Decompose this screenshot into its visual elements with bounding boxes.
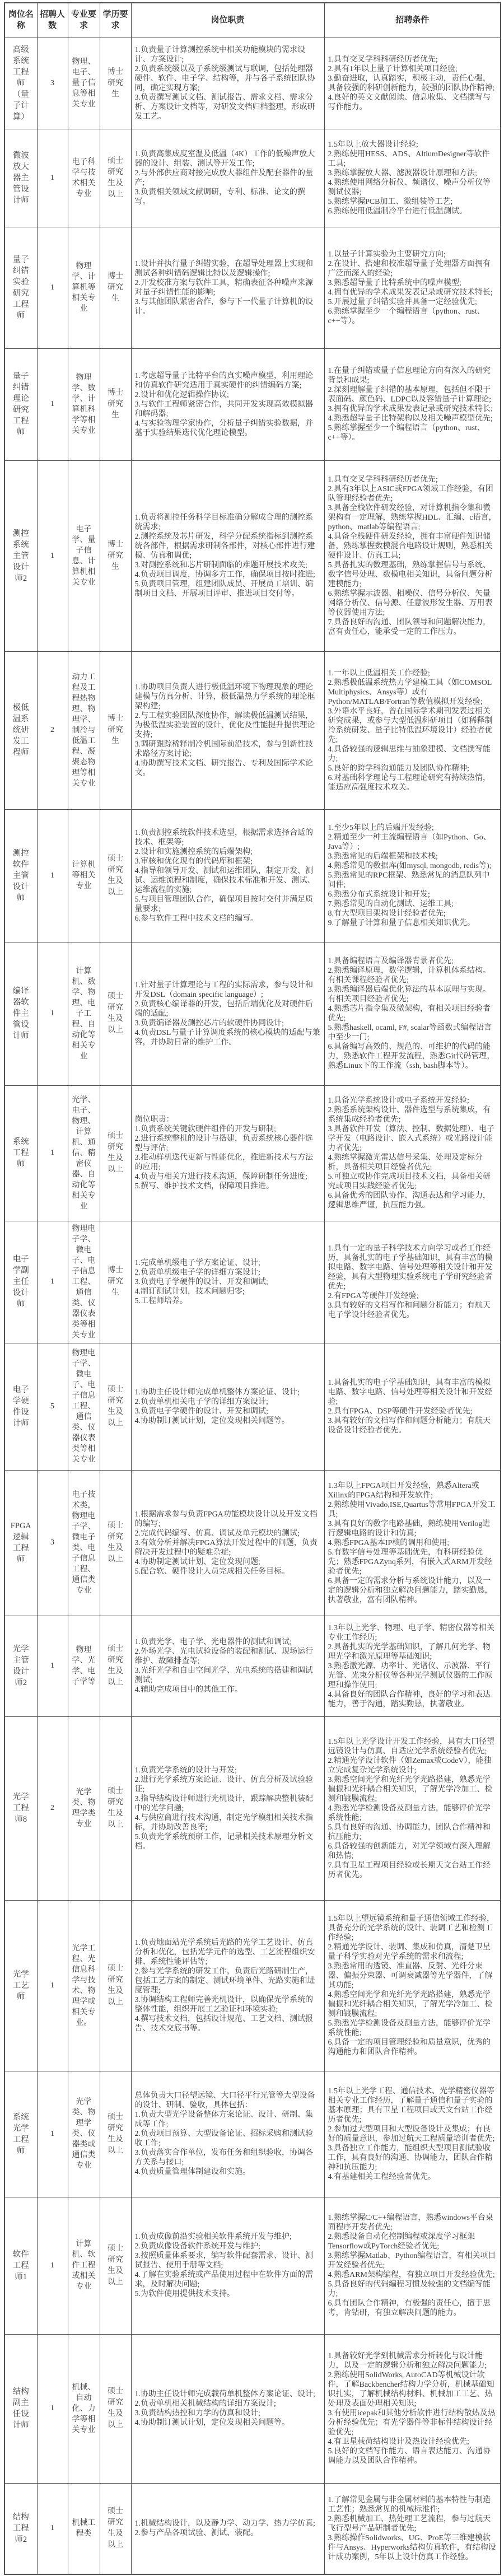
requirement-line: 1.了解常见金属与非金属材料的基本特性与制造工艺性；熟悉常见的机械标准件; [328,2495,497,2514]
duty-line: 4.协助制定测试计划、定位发现问题; [135,1557,321,1567]
requirement-line: 4.良好的英文文献阅读、信息收集、文档撰写与写作能力。 [328,93,497,112]
duty-line: 2.开发校准方案与软件工具，精确表征各种噪声来源对量子纠错性能的影响; [135,278,321,297]
duty-line: 3.负责电子学硬件的设计、开发和调试; [135,1277,321,1287]
requirement-line: 3.熟悉空间光学和光纤光学光路搭建，熟悉光学偏振和光纤耦合相关知识，了解光学冷加… [328,1775,497,1804]
table-row: 光学工艺师1光学工程、光信息科学与技术、物理学或相关专业。硕士研究生及以上1.负… [4,1900,501,2071]
duty-line: 6.参与软件工程中技术文档的编写。 [135,914,321,923]
requirement-line: 4.熟悉光学检测设备及测量方法，能够评价光学系统性能; [328,1804,497,1823]
duties-cell: 1.根据需求参与负责FPGA功能模块设计以及开发文档的编写;2.完成代码编写、仿… [131,1470,324,1616]
major-requirement-cell: 物理学、计算机等相关专业 [68,227,100,348]
duty-line: 4.负责质量管理体制建设和实施。 [135,2167,321,2177]
position-name-cell: 结构工程师2 [4,2483,37,2574]
requirement-line: 3.拥有优异的学术成果发表记录或研究技术特长; [328,404,497,414]
duty-line: 5.配合软、硬件设计人员完成相关任务目标。 [135,1567,321,1576]
duties-cell: 1.负责成像前沿实验相关软件系统开发与维护;2.负责成像设备软件系统开发与维护;… [131,2197,324,2334]
position-name-cell: 软件工程师1 [4,2197,37,2334]
duty-line: 4.辅助完成项目中的其他工作。 [135,1685,321,1695]
requirement-line: 1.至少5年以上的后端开发经验; [328,823,497,833]
position-name-cell: 光学主管设计师2 [4,1616,37,1716]
duty-line: 2.测控系统及芯片研发，科学分配系统指标到测控系统各部件，根据需求研制各部件，对… [135,532,321,561]
requirements-cell: 1.具有交叉学科科研经历者优先;2.具有3年以上ASIC或FPGA领域工作经验，… [324,460,501,651]
duty-line: 3.对测控系统和芯片研制面临的难题开展技术攻关; [135,561,321,570]
requirement-line: 1.3年以上光学、物理、电子学、精密仪器等相关专业工作经历; [328,1623,497,1642]
table-row: 量子纠错理论研究工程师1物理学、数学、计算机科学等相关专业博士研究生1.考虑超导… [4,348,501,460]
requirement-line: 3.熟练操作Solidworks、UG、ProE等三维建模软件与Ansys、Hy… [328,2533,497,2562]
duty-line: 3.负责结构热控和力学的仿真和设计; [135,2409,321,2418]
requirement-line: 4.熟悉ARM架构编程，有独立项目开发经验优先; [328,2270,497,2280]
education-requirement-cell: 博士研究生 [100,348,131,460]
duty-line: 2.负责核心编译器的开发，包括后端优化及对硬件后端的适配; [135,1000,321,1019]
requirement-line: 4.熟悉超导量子比特架构以及相关噪声模型优先; [328,414,497,423]
major-requirement-cell: 光学类、物理学类、仪器类或通信类专业 [68,2071,100,2197]
requirement-line: 6.具备较强的创新能力，对光学领域有深入理解和热情; [328,1842,497,1861]
requirements-cell: 1.3年以上FPGA项目开发经验，熟悉Altera或Xilinx的FPGA结构和… [324,1470,501,1616]
major-requirement-cell: 计算机等相关专业 [68,809,100,942]
requirement-line: 2.参加过大型项目和大型设备设计及集成；有良好的质量意识，参加过航天工程质量培训… [328,2125,497,2144]
requirement-line: 4.熟悉FPGA基本IP核的调用和使用; [328,1538,497,1548]
duties-cell: 1.负责将测控任务科学目标准确分解成合理的测控系统需求;2.测控系统及芯片研发，… [131,460,324,651]
requirement-line: 8.有大型项目架构设计经验者优先; [328,909,497,918]
duty-line: 1.根据需求参与负责FPGA功能模块设计以及开发文档的编写; [135,1510,321,1529]
requirement-line: 4.熟练掌握激光雷达信号采集、处理及定标分析，具备相关项目经验者优先; [328,1153,497,1172]
requirements-cell: 1.具备编程语言及编译器背景者优先;2.熟悉编译原理，数学逻辑，计算机体系结构。… [324,942,501,1085]
table-row: 极低温系统研发工程师2动力工程及工程热物理、物理学、制冷与低温工程、凝聚态物理等… [4,651,501,809]
education-requirement-cell: 硕士研究生及以上 [100,129,131,227]
position-name-cell: 测控软件主管设计师 [4,809,37,942]
requirement-line: 1.具有一定的量子科学技术方向学习或者工作经历，具备扎实的电子学基础知识，具有丰… [328,1244,497,1291]
duty-line: 3.协调结构工程师完善光机设计，以确保光学系统的整体性能，组织开展工艺验证和环境… [135,1995,321,2014]
requirement-line: 6.具备优秀的团队协作、沟通表达和学习能力，逻辑思维严谨，抗压能力强。 [328,1191,497,1210]
duty-line: 1.针对量子计算理论与工程的实际需求，参与设计和开发DSL（domain spe… [135,981,321,1000]
header-duties: 岗位职责 [131,3,324,38]
requirements-cell: 1.5年以上光学工程、通信技术、光学精密仪器等相关专业工作经历，了解量子通信和量… [324,2071,501,2197]
duty-line: 3.负责电子学硬件的设计、开发和调试; [135,1407,321,1416]
duty-line: 2.与工程实验团队深度协作，解读极低温测试结果，为极低温实验装置的设计、优化及性… [135,711,321,740]
position-name-cell: 系统工程师 [4,1085,37,1221]
requirements-cell: 1.具备较好光学到机械需求分析转化与设计能力，以及一定的逻辑分析和独立解决问题能… [324,2334,501,2483]
major-requirement-cell: 机械工程类 [68,2483,100,2574]
requirement-line: 1.5年以上光学工程、通信技术、光学精密仪器等相关专业工作经历，了解量子通信和量… [328,2087,497,2125]
header-education-requirement: 学历要求 [100,3,131,38]
duty-line: 2.负责系统级以及子系统级测试与联调，包括处理器硬件、软件、电子学、结构等，并与… [135,64,321,93]
requirement-line: 1.5年以上放大器设计经验; [328,140,497,150]
duty-line: 2.负责项目预算、大型设备论证、招标采购和测试验收工作; [135,2129,321,2148]
position-name-cell: 电子学副主任设计师 [4,1221,37,1343]
duty-line: 2.参与产品各项试验、测试、装配。 [135,2528,321,2538]
requirement-line: 4.有基建相关工程经验者优先。 [328,2172,497,2182]
requirements-cell: 1.了解常见金属与非金属材料的基本特性与制造工艺性；熟悉常见的机械标准件;2.熟… [324,2483,501,2574]
requirement-line: 1.具备光学系统设计或电子系统开发经验; [328,1096,497,1105]
headcount-cell: 3 [37,1470,68,1616]
education-requirement-cell: 硕士研究生及以上 [100,809,131,942]
requirement-line: 7.熟悉常见的自动化测试、运维工具; [328,899,497,909]
duty-line: 2.参与光学系统的研发工作，负责后光路研制生产，包括工艺方案的制定、测试环境单件… [135,1967,321,1995]
position-name-cell: 系统光学工程师 [4,2071,37,2197]
requirement-line: 5.开展过量子纠错实验并具备一定经验优先; [328,297,497,307]
position-name-cell: 量子纠错实验研究工程师 [4,227,37,348]
duty-line: 2.与外部供应商对接完成放大器组件及配套器件的量产; [135,169,321,188]
requirements-cell: 1.具有一定的量子科学技术方向学习或者工作经历，具备扎实的电子学基础知识，具有丰… [324,1221,501,1343]
duty-line: 4.协助制订测试计划，定位发现相关问题等。 [135,2418,321,2428]
major-requirement-cell: 物理学、光学、电子学等 [68,1616,100,1716]
table-body: 高级系统工程师（量子计算）3物理、电子、量子信息等相关专业博士研究生1.负责量子… [4,38,501,2574]
table-row: 测控系统主管设计师21电子学、量子信息、计算机相关专业博士研究生1.负责将测控任… [4,460,501,651]
position-name-cell: 光学工艺师 [4,1900,37,2071]
duty-line: 2.负责成像设备软件系统开发与维护; [135,2242,321,2251]
requirement-line: 4.具备全栈硬件研发经验，拥有丰富硬件知识储备，熟练掌握数模混合电路设计规则，熟… [328,532,497,561]
duty-line: 1.负责系统关键软硬件组件的开发与研制; [135,1124,321,1134]
major-requirement-cell: 机械、自动化、力学等相关专业 [68,2334,100,2483]
duty-line: 4.协助撰写技术文档、研究报告、专利及国际学术论文。 [135,759,321,778]
education-requirement-cell: 博士研究生 [100,460,131,651]
headcount-cell: 2 [37,1716,68,1900]
requirement-line: 2.熟悉机械加工、热处理工艺流程，参与过航天飞行型号产品研制者优先; [328,2514,497,2533]
requirement-line: 2.精通光学设计、装调、集成和仿真，清楚卫星量子科学实验对光学系统的需求和流程; [328,1943,497,1962]
major-requirement-cell: 物理电子学、微电子、电子信息工程、通信类、仪器仪表类等相关专业 [68,1221,100,1343]
duty-line: 4.与实验物理学家协作，分析量子纠错实验数据，并基于实验结果迭代优化理论模型。 [135,419,321,438]
duty-line: 2.进行系统整机的设计与搭建，负责系统核心器件选型与评估; [135,1134,321,1153]
requirement-line: 4.具备良好的团队合作精神，良好的学习和表达能力，善于沟通，踏实勤恳，执著敬业。 [328,1690,497,1709]
education-requirement-cell: 硕士研究生及以上 [100,1343,131,1470]
requirements-cell: 1.至少5年以上的后端开发经验;2.精通至少一种主流编程语言（如Python、G… [324,809,501,942]
requirement-line: 4.具备较强的逻辑思维与抽象建模、文档撰写能力; [328,745,497,764]
requirement-line: 3.外语水平良好，曾在国际学术期刊发表过相关研究成果，或参与大型低温科研项目（如… [328,707,497,745]
requirement-line: 2.熟练使用HESS、ADS、AltiumDesigner等软件工具; [328,150,497,169]
requirement-line: 7.具有卫星工程项目经验或长期天文台站工作经历者优先。 [328,1861,497,1880]
position-name-cell: 结构副主任设计师 [4,2334,37,2483]
requirement-line: 3.熟悉编译器后端优化算法的基本原理与实现。有相关项目经验者优先; [328,985,497,1004]
education-requirement-cell: 硕士研究生及以上 [100,942,131,1085]
requirement-line: 5.具备良好的代码编程习惯及较强的文档编写能力; [328,2280,497,2299]
header-major-requirement: 专业要求 [68,3,100,38]
requirement-line: 1.5年以上望远镜系统和量子通信领域工作经验，具备充分的光学系统的设计、装调工艺… [328,1914,497,1943]
major-requirement-cell: 电子科学与技术相关专业 [68,129,100,227]
major-requirement-cell: 物理、电子、量子信息等相关专业 [68,38,100,129]
requirement-line: 6.熟悉分布式系统设计和开发; [328,890,497,899]
education-requirement-cell: 硕士研究生及以上 [100,1616,131,1716]
requirement-line: 2.熟悉编译原理，数学逻辑，计算机体系结构。有相关课程经验者优先; [328,966,497,985]
duties-cell: 1.针对量子计算理论与工程的实际需求，参与设计和开发DSL（domain spe… [131,942,324,1085]
duty-line: 1.负责量子计算测控系统中相关功能模块的需求设计、方案设计; [135,45,321,64]
table-row: 结构副主任设计师1机械、自动化、力学等相关专业硕士研究生及以上1.协助主任设计师… [4,2334,501,2483]
duty-line: 2.外场光学、光电试验设备的装配和测试、现场运行维护、故障排查等; [135,1647,321,1666]
table-row: 电子学副主任设计师1物理电子学、微电子、电子信息工程、通信类、仪器仪表类等相关专… [4,1221,501,1343]
header-position-name: 岗位名称 [4,3,37,38]
requirements-cell: 1.5年以上放大器设计经验;2.熟练使用HESS、ADS、AltiumDesig… [324,129,501,227]
requirement-line: 2.精通光学设计软件（如Zemax或CodeV），能独立完成复杂光学系统设计; [328,1756,497,1775]
headcount-cell: 1 [37,942,68,1085]
duty-line: 1.协助主任设计师完成载荷单机整体方案论证、设计; [135,2390,321,2399]
duties-cell: 1.负责光学系统的设计与开发;2.进行光学系统方案论证、设计、仿真分析及试验验证… [131,1716,324,1900]
table-row: 结构工程师21机械工程类硕士研究生及以上1.机械结构设计，以及静力学、动力学、热… [4,2483,501,2574]
duty-line: 1.负责高集成度室温及低温（4K）工作的低噪声放大器的设计、组装、测试等开发工作… [135,150,321,169]
requirement-line: 5.熟悉常见的RPC框架、熟悉常见的消息队列中间件; [328,871,497,890]
duty-line: 3.有效分析并解决FPGA算法开发过程中的问题，负责解决开发过程中的疑难杂症; [135,1538,321,1557]
education-requirement-cell: 博士研究生 [100,1221,131,1343]
duty-line: 3.按照质量体系要求，编写软件配套需求、设计、测试报告、使用手册等文档; [135,2251,321,2270]
requirement-line: 6.具有团队合作精神，有极强的责任心，擅于思考，肯钻研，有独立解决问题的能力。 [328,2299,497,2318]
headcount-cell: 1 [37,460,68,651]
duty-line: 1.负责成像前沿实验相关软件系统开发与维护; [135,2232,321,2242]
duty-line: 1.考虑超导量子比特平台的真实噪声模型，利用理论和仿真软件研究适用于真实硬件的纠… [135,371,321,390]
requirement-line: 6.具备一定的项目管理经验和质量意识，优秀的沟通能力和团队合作精神。 [328,2038,497,2057]
table-row: 微波放大器主管设计师1电子科学与技术相关专业硕士研究生及以上1.负责高集成度室温… [4,129,501,227]
table-row: 电子学硬件设计师5物理电子学、微电子、电子信息工程、通信类、仪器仪表类等相关专业… [4,1343,501,1470]
requirement-line: 5.熟练掌握至少一个编程语言（python、rust、c++等）。 [328,423,497,442]
duty-line: 3.与其他团队紧密合作，参与下一代量子计算机的设计。 [135,297,321,316]
requirements-cell: 1.具备光学系统设计或电子系统开发经验;2.熟悉系统架构设计、器件选型与系统集成… [324,1085,501,1221]
requirement-line: 5.熟悉光学检测设备及测量方法，能够评价光学系统性能; [328,2019,497,2038]
duty-line: 5.为软件使用提供技术支持。 [135,2289,321,2299]
duties-cell: 1.负责地面站光学系统后光路的光学工艺设计、仿真分析和优化，包括光学元件的选型、… [131,1900,324,2071]
duty-line: 3.推动样机迭代更新与性能优化，推进新技术与方法的应用; [135,1153,321,1172]
position-name-cell: 测控系统主管设计师2 [4,460,37,651]
table-row: 高级系统工程师（量子计算）3物理、电子、量子信息等相关专业博士研究生1.负责量子… [4,38,501,129]
duty-line: 4.协助制订测试计划，定位发现相关问题等。 [135,1416,321,1426]
education-requirement-cell: 硕士研究生及以上 [100,2483,131,2574]
duties-cell: 1.协助主任设计师完成单机整体方案论证、设计;2.负责单机相关电子学的详细方案设… [131,1343,324,1470]
requirements-cell: 1.在量子纠错或量子信息理论方向有深入的研究背景和成果;2.深刻理解量子纠错的基… [324,348,501,460]
requirement-line: 3.有使用icepak和其他分析软件进行结构散热及热分析经验优先；有光学器件等非… [328,2409,497,2437]
duty-line: 3.负责撰写测试文档、测试报告、需求文档、需求分析、方案设计文档等，对研发文档归… [135,93,321,122]
duty-line: 1.完成单机级电子学方案论证、设计; [135,1258,321,1268]
requirement-line: 2.在设计、搭建和校准超导量子处理器方面拥有广泛而深入的经验; [328,259,497,278]
requirement-line: 1.具有交叉学科科研经历者优先; [328,55,497,64]
duty-line: 总体负责大口径望远镜、大口径平行光管等大型设备的设计、研制、验收，具体包括： [135,2091,321,2110]
table-row: 光学工程师82光学类、物理学类专业硕士研究生及以上1.负责光学系统的设计与开发;… [4,1716,501,1900]
requirements-cell: 1.具备扎实的电子学基础知识，具有丰富的模拟电路、数字电路、信号处理等相关设计和… [324,1343,501,1470]
education-requirement-cell: 博士研究生 [100,38,131,129]
table-row: 光学主管设计师21物理学、光学、电子学等硕士研究生及以上1.负责光学、电子学、光… [4,1616,501,1716]
headcount-cell: 1 [37,809,68,942]
duties-cell: 1.协助项目负责人进行极低温环境下物理现象的理论建模与仿真分析、计算，极低温热力… [131,651,324,809]
duties-cell: 1.协助主任设计师完成载荷单机整体方案论证、设计;2.负责单机相关机械结构的详细… [131,2334,324,2483]
table-row: 量子纠错实验研究工程师1物理学、计算机等相关专业博士研究生1.设计并执行量子纠错… [4,227,501,348]
duty-line: 3.负责编译器及测控芯片的软硬件协同设计; [135,1019,321,1028]
requirements-cell: 1.5年以上望远镜系统和量子通信领域工作经验，具备充分的光学系统的设计、装调工艺… [324,1900,501,2071]
duties-cell: 1.负责高集成度室温及低温（4K）工作的低噪声放大器的设计、组装、测试等开发工作… [131,129,324,227]
duties-cell: 总体负责大口径望远镜、大口径平行光管等大型设备的设计、研制、验收，具体包括：1.… [131,2071,324,2197]
headcount-cell: 1 [37,2071,68,2197]
duties-cell: 1.完成单机级电子学方案论证、设计;2.负责单机级电子学的详细方案设计;3.负责… [131,1221,324,1343]
duty-line: 1.负责光学、电子学、光电器件的测试和调试; [135,1637,321,1647]
requirement-line: 3.具备全栈软件研发经验，对计算机指令集和微架构有一定理解，熟练掌握HDL、汇编… [328,503,497,532]
duty-line: 4.负责与相关方进行技术沟通，保障研制任务进度; [135,1172,321,1182]
duties-cell: 1.机械结构设计，以及静力学、动力学、热力学仿真;2.参与产品各项试验、测试、装… [131,2483,324,2574]
major-requirement-cell: 动力工程及工程热物理、物理学、制冷与低温工程、凝聚态物理等相关专业 [68,651,100,809]
education-requirement-cell: 博士研究生 [100,227,131,348]
duty-line: 1.协助主任设计师完成单机整体方案论证、设计; [135,1388,321,1397]
header-headcount: 招聘人数 [37,3,68,38]
duties-cell: 岗位职责：1.负责系统关键软硬件组件的开发与研制;2.进行系统整机的设计与搭建，… [131,1085,324,1221]
requirements-cell: 1.5年以上光学设计开发工作经验，具有大口径望远镜设计与仿真、自适应光学系统经验… [324,1716,501,1900]
duty-line: 1.设计并执行量子纠错实验，在超导处理器上实现和测试各种纠错码逻辑比特以及逻辑操… [135,259,321,278]
requirement-line: 4.有卫星载荷结构设计及热设计经验优先; [328,2437,497,2447]
table-row: 测控软件主管设计师1计算机等相关专业硕士研究生及以上1.负责测控系统软件技术选型… [4,809,501,942]
duties-cell: 1.设计并执行量子纠错实验，在超导处理器上实现和测试各种纠错码逻辑比特以及逻辑操… [131,227,324,348]
requirement-line: 7.具备良好的沟通、团队领导和问题解决能力，富有责任心，能承受一定的工作压力。 [328,618,497,637]
position-name-cell: 极低温系统研发工程师 [4,651,37,809]
requirement-line: 2.深刻理解量子纠错的基本原理，包括但不限于表面码、颜色码、LDPC以及容错量子… [328,385,497,404]
requirements-cell: 1.具有交叉学科科研经历者优先;2.具有1年以上量子计算相关项目经验;3.勤奋进… [324,38,501,129]
requirement-line: 5.可独立或协作完成项目技术文档，具备相关研究或项目实践经验者优先; [328,1172,497,1191]
requirement-line: 2.具有3年以上ASIC或FPGA领域工作经验，有团队管理经验者优先; [328,484,497,503]
requirement-line: 3.具有较好的文档写作和问题分析能力；有航天设备设计经验者优先。 [328,1416,497,1435]
duties-cell: 1.负责量子计算测控系统中相关功能模块的需求设计、方案设计;2.负责系统级以及子… [131,38,324,129]
requirement-line: 2.有FPGA等硬件开发经验; [328,1291,497,1301]
requirement-line: 4.熟悉常见的数据库(如mysql, mongodb, redis等); [328,861,497,871]
requirement-line: 1.具有交叉学科科研经历者优先; [328,475,497,484]
requirement-line: 5.良好的文档写作能力、语言表达能力、沟通协调能力以及团队合作精神。 [328,2447,497,2466]
major-requirement-cell: 光学类、物理学类专业 [68,1716,100,1900]
requirement-line: 9.了解量子计算和量子信息相关知识优先。 [328,918,497,928]
major-requirement-cell: 物理电子学、微电子、电子信息工程、通信类、仪器仪表类等相关专业 [68,1343,100,1470]
requirement-line: 2.熟悉极低温系统热力学建模工具（如COMSOL Multiphysics、An… [328,678,497,707]
header-row: 岗位名称 招聘人数 专业要求 学历要求 岗位职责 招聘条件 [4,3,501,38]
position-name-cell: 高级系统工程师（量子计算） [4,38,37,129]
headcount-cell: 2 [37,651,68,809]
requirements-cell: 1.熟练掌握C/C++编程语言，熟悉windows平台桌面程序开发者优先;2.熟… [324,2197,501,2334]
major-requirement-cell: 计算机、软件工程或相关专业 [68,2197,100,2334]
position-name-cell: 微波放大器主管设计师 [4,129,37,227]
duty-line: 2.负责单机相关电子学的详细方案设计; [135,1397,321,1407]
duty-line: 1.负责地面站光学系统后光路的光学工艺设计、仿真分析和优化，包括光学元件的选型、… [135,1938,321,1967]
requirement-line: 6.熟练掌握示波器、相噪仪、信号分析仪、矢量网络分析仪、信号源、任意波形发生器、… [328,589,497,618]
requirements-cell: 1.以量子计算实验为主要研究方向;2.在设计、搭建和校准超导量子处理器方面拥有广… [324,227,501,348]
requirement-line: 1.5年以上光学设计开发工作经验，具有大口径望远镜设计与仿真、自适应光学系统经验… [328,1737,497,1756]
headcount-cell: 1 [37,1900,68,2071]
education-requirement-cell: 硕士研究生及以上 [100,1470,131,1616]
requirement-line: 4.熟悉芯片指令集及微架构，有相关项目经验者优先; [328,1004,497,1023]
requirement-line: 1.具备扎实的电子学基础知识，具有丰富的模拟电路、数字电路、信号处理等相关设计和… [328,1378,497,1407]
duty-line: 1.机械结构设计，以及静力学、动力学、热力学仿真; [135,2519,321,2528]
duty-line: 4.负责DSL与量子计算调度系统的核心模块的适配与兼容，并协助日常的维护工作。 [135,1028,321,1047]
major-requirement-cell: 光学工程、光信息科学与技术、物理学或相关专业。 [68,1900,100,2071]
headcount-cell: 1 [37,2483,68,2574]
education-requirement-cell: 博士研究生 [100,651,131,809]
requirement-line: 6.熟练使用低温制冷平台进行低温测试。 [328,207,497,216]
table-row: 编译器软件主管设计师1计算机、数学、物理、电子工程、自动化等相关专业硕士研究生及… [4,942,501,1085]
requirement-line: 2.熟悉设备自动化控制编程或深度学习框架Tensorflow或PyTorch经验… [328,2232,497,2251]
requirement-line: 1.熟练掌握C/C++编程语言，熟悉windows平台桌面程序开发者优先; [328,2213,497,2232]
headcount-cell: 5 [37,1343,68,1470]
requirement-line: 2.熟练使用SolidWorks, AutoCAD等机械设计软件，了解Backb… [328,2370,497,2409]
duty-line: 3.负责相关领域文献调研，专利、标准、论文的撰写。 [135,188,321,207]
requirement-line: 5.良好的跨学科沟通能力及团队协作精神; [328,764,497,773]
table-row: 系统工程师1光学、电子、物理、计算机、通信、精密仪器、自动化等相关专业硕士研究生… [4,1085,501,1221]
headcount-cell: 1 [37,2197,68,2334]
duty-line: 4.了解在实验系统或产品使用过程中在软件方面的需求，及时解决问题; [135,2270,321,2289]
duty-line: 岗位职责： [135,1115,321,1124]
duties-cell: 1.负责测控系统软件技术选型，根据需求选择合适的技术、框架等;2.设计和实施测控… [131,809,324,942]
requirement-line: 4.熟练使用网络分析仪、频谱仪、噪声分析仪等测试仪器; [328,178,497,197]
requirement-line: 5.具备扎实的数理基础，熟练掌握信号与系统、数字信号处理、数模电相关知识，具备问… [328,561,497,589]
duty-line: 1.协助项目负责人进行极低温环境下物理现象的理论建模与仿真分析、计算，极低温热力… [135,683,321,711]
requirements-cell: 1.一年以上低温相关工作经验;2.熟悉极低温系统热力学建模工具（如COMSOL … [324,651,501,809]
requirement-line: 6.对基础科学理论与工程理论研究有持续热情，能适应高强度技术攻关。 [328,773,497,792]
duty-line: 5.与项目管理团队合作，确保项目按时交付并满足质量要求; [135,895,321,914]
requirement-line: 2.熟悉系统架构设计、器件选型与系统集成，有系统集成经验者优先; [328,1105,497,1124]
duties-cell: 1.考虑超导量子比特平台的真实噪声模型，利用理论和仿真软件研究适用于真实硬件的纠… [131,348,324,460]
requirement-line: 6.具备编写高效的、规范的、可维护的代码的能力，熟悉软件工程开发流程，熟悉Git… [328,1042,497,1071]
requirement-line: 4.熟悉空间光学和光纤光学光路搭建，熟悉光学偏振和光纤耦合相关知识，了解光学冷加… [328,1990,497,2019]
duty-line: 2.设计和实施测控系统的后端架构; [135,847,321,857]
duty-line: 5.负责项目管理，组建团队成员、开展员工培训、编制项目文档、开展项目评审、推进项… [135,580,321,599]
education-requirement-cell: 硕士研究生及以上 [100,2071,131,2197]
major-requirement-cell: 光学、电子、物理、计算机、通信、精密仪器、自动化等相关专业 [68,1085,100,1221]
duty-line: 3.调研跟踪稀释制冷机国际前沿技术，参与创新性技术路径方案讨论; [135,740,321,759]
requirement-line: 3.具有良好的数字电路基础，熟练使用Verilog进行逻辑电路的设计和仿真; [328,1519,497,1538]
duty-line: 1.负责光学系统的设计与开发; [135,1766,321,1775]
requirement-line: 5.熟练掌握PCB加工、微组装等工艺; [328,197,497,207]
duty-line: 3.与软件工程师紧密合作，共同开发实现高效模拟器和解码器; [135,400,321,419]
major-requirement-cell: 电子学、量子信息、计算机相关专业 [68,460,100,651]
position-name-cell: 编译器软件主管设计师 [4,942,37,1085]
major-requirement-cell: 物理学、数学、计算机科学等相关专业 [68,348,100,460]
duty-line: 4.指导和领导开发、测试和运维团队，制定开发、测试、运维流程和制度，确保技术标准… [135,866,321,895]
duty-line: 3.负责落实合作单位，发布任务和组织验收，协调各方关系与接口; [135,2148,321,2167]
duty-line: 4.负责项目调度，协调多方工作，确保项目按时推进; [135,570,321,580]
duty-line: 2.进行光学系统方案论证、设计、仿真分析及试验验证; [135,1775,321,1794]
requirement-line: 2.具有1年以上量子计算相关项目经验; [328,64,497,74]
education-requirement-cell: 硕士研究生及以上 [100,1900,131,2071]
recruitment-document-page: 岗位名称 招聘人数 专业要求 学历要求 岗位职责 招聘条件 高级系统工程师（量子… [0,0,504,2576]
requirement-line: 5.具有良好的沟通、协调能力，团队合作精神和抗压能力; [328,1823,497,1842]
requirement-line: 2.具有FPGA、DSP等硬件开发经验者优先; [328,1407,497,1416]
table-row: 软件工程师11计算机、软件工程或相关专业硕士研究生及以上1.负责成像前沿实验相关… [4,2197,501,2334]
headcount-cell: 1 [37,1085,68,1221]
duty-line: 1.负责将测控任务科学目标准确分解成合理的测控系统需求; [135,513,321,532]
position-name-cell: 量子纠错理论研究工程师 [4,348,37,460]
table-row: FPGA逻辑工程师3电子技术类，物理电子学、微电子类、电子信息工程、通信类专业硕… [4,1470,501,1616]
education-requirement-cell: 硕士研究生及以上 [100,1085,131,1221]
requirement-line: 1.具备编程语言及编译器背景者优先; [328,956,497,966]
requirement-line: 3.熟练掌握放大器、滤波器设计原理和方法; [328,169,497,178]
education-requirement-cell: 硕士研究生及以上 [100,2334,131,2483]
requirement-line: 3.具有较好的文档写作和问题分析能力；有航天电子学设计经验者优先。 [328,1301,497,1320]
duty-line: 2.设计和优化逻辑操作协议; [135,390,321,400]
requirement-line: 2.熟练使用Vivado,ISE,Quartus等常用FPGA开发工具; [328,1500,497,1519]
headcount-cell: 1 [37,348,68,460]
duty-line: 1.负责大型光学设备整体方案论证、设计、研制、集成等工作; [135,2110,321,2129]
position-name-cell: FPGA逻辑工程师 [4,1470,37,1616]
requirement-line: 6.具备一定的需求分析与系统设计能力，以及一定的逻辑分析和独立解决问题能力，踏实… [328,1576,497,1605]
requirement-line: 4.拥有优异的学术成果发表记录或研究技术特长; [328,288,497,297]
table-row: 系统光学工程师1光学类、物理学类、仪器类或通信类专业硕士研究生及以上总体负责大口… [4,2071,501,2197]
headcount-cell: 1 [37,227,68,348]
requirement-line: 3.具备软件开发（算法、控制、数据处理）、电子学开发（电路设计、嵌入式系统）或光… [328,1124,497,1153]
requirement-line: 3.具备独立工作能力，能组织大型项目测试验收工作，具有良好的沟通、协调能力，团队… [328,2144,497,2172]
requirement-line: 3.勤奋进取，认真踏实，积极主动，责任心强，具备较强的科研创新能力，较强的团队协… [328,74,497,93]
major-requirement-cell: 计算机、数学、物理、电子工程、自动化等相关专业 [68,942,100,1085]
duty-line: 2.负责单机相关机械结构的详细方案设计; [135,2399,321,2409]
recruitment-table: 岗位名称 招聘人数 专业要求 学历要求 岗位职责 招聘条件 高级系统工程师（量子… [4,2,501,2575]
requirement-line: 6.熟练掌握至少一个编程语言（python、rust、c++等）。 [328,307,497,326]
duty-line: 4.与供应商进行技术沟通，制定光学模组相关技术指标，并协助改善良率; [135,1813,321,1832]
requirement-line: 2.精通至少一种主流编程语言（如Python、Go、Java等）; [328,833,497,852]
duty-line: 1.负责测控系统软件技术选型，根据需求选择合适的技术、框架等; [135,828,321,847]
requirement-line: 1.3年以上FPGA项目开发经验，熟悉Altera或Xilinx的FPGA结构和… [328,1481,497,1500]
header-recruit-conditions: 招聘条件 [324,3,501,38]
requirement-line: 3.熟悉激光源、功率计、光谱仪、示波器、平行光管、光束分析仪等各种光学测试仪器的… [328,1662,497,1690]
headcount-cell: 3 [37,38,68,129]
major-requirement-cell: 电子技术类，物理电子学、微电子类、电子信息工程、通信类专业 [68,1470,100,1616]
requirement-line: 3.熟练掌握Matlab、Python编程语言，有相关项目开发经验者优先; [328,2251,497,2270]
requirement-line: 5.熟悉haskell, ocaml, F#, scalar等函数式编程语言中至… [328,1023,497,1042]
requirement-line: 3.熟悉常用的透镜、准直器、反射、光纤分束器、偏振分束器、可调衰减器等光学器件，… [328,1962,497,1990]
education-requirement-cell: 硕士研究生及以上 [100,2197,131,2334]
requirement-line: 3.熟悉超导量子比特系统中的噪声模型; [328,278,497,288]
